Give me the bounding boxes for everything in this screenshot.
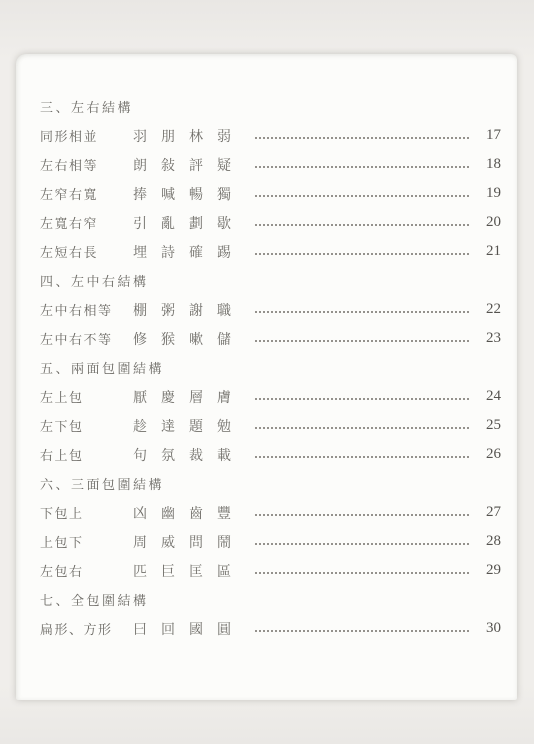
toc-entry: 同形相並 羽朋林弱 17 xyxy=(40,121,501,150)
toc-entry: 左中右不等 修猴嗽儲 23 xyxy=(40,324,501,353)
dot-leader xyxy=(255,311,469,313)
entry-category-label: 扁形、方形 xyxy=(40,619,133,638)
toc-entry: 下包上 凶幽齒豐 27 xyxy=(40,498,501,527)
entry-category-label: 左包右 xyxy=(40,561,133,580)
dot-leader xyxy=(255,427,469,429)
toc-entry: 左下包 趁達題勉 25 xyxy=(40,411,501,440)
toc-section-heading: 五、兩面包圍結構 xyxy=(40,353,501,382)
entry-category-label: 左短右長 xyxy=(40,242,133,261)
entry-example-characters: 厭慶層膚 xyxy=(133,387,253,407)
entry-page-number: 21 xyxy=(469,243,501,260)
entry-page-number: 22 xyxy=(469,301,501,318)
entry-category-label: 左下包 xyxy=(40,416,133,435)
entry-page-number: 28 xyxy=(469,533,501,550)
entry-example-characters: 凶幽齒豐 xyxy=(133,503,253,523)
entry-category-label: 左上包 xyxy=(40,387,133,406)
toc-entry: 左上包 厭慶層膚 24 xyxy=(40,382,501,411)
entry-category-label: 左右相等 xyxy=(40,155,133,174)
toc-entry: 左窄右寬 捧喊暢獨 19 xyxy=(40,179,501,208)
entry-page-number: 23 xyxy=(469,330,501,347)
entry-example-characters: 引亂劃歇 xyxy=(133,213,253,233)
toc-entry: 左包右 匹巨匡區 29 xyxy=(40,556,501,585)
dot-leader xyxy=(255,253,469,255)
entry-page-number: 29 xyxy=(469,562,501,579)
toc-section-heading: 七、全包圍結構 xyxy=(40,585,501,614)
entry-category-label: 左寬右窄 xyxy=(40,213,133,232)
dot-leader xyxy=(255,572,469,574)
toc-entry: 左中右相等 棚粥謝職 22 xyxy=(40,295,501,324)
entry-example-characters: 朗敍評疑 xyxy=(133,155,253,175)
entry-category-label: 左中右不等 xyxy=(40,329,133,348)
dot-leader xyxy=(255,456,469,458)
dot-leader xyxy=(255,543,469,545)
toc-entry: 扁形、方形 曰回國圓 30 xyxy=(40,614,501,643)
entry-page-number: 20 xyxy=(469,214,501,231)
entry-category-label: 同形相並 xyxy=(40,126,133,145)
entry-example-characters: 修猴嗽儲 xyxy=(133,329,253,349)
entry-category-label: 右上包 xyxy=(40,445,133,464)
entry-example-characters: 羽朋林弱 xyxy=(133,126,253,146)
entry-page-number: 27 xyxy=(469,504,501,521)
entry-page-number: 30 xyxy=(469,620,501,637)
entry-category-label: 下包上 xyxy=(40,503,133,522)
entry-page-number: 19 xyxy=(469,185,501,202)
entry-example-characters: 埋詩確踢 xyxy=(133,242,253,262)
entry-category-label: 上包下 xyxy=(40,532,133,551)
toc-section-heading: 六、三面包圍結構 xyxy=(40,469,501,498)
dot-leader xyxy=(255,137,469,139)
section-title: 七、全包圍結構 xyxy=(40,590,149,609)
section-title: 四、左中右結構 xyxy=(40,271,149,290)
entry-category-label: 左中右相等 xyxy=(40,300,133,319)
section-title: 三、左右結構 xyxy=(40,97,133,116)
entry-page-number: 24 xyxy=(469,388,501,405)
dot-leader xyxy=(255,195,469,197)
entry-page-number: 18 xyxy=(469,156,501,173)
toc-section-heading: 四、左中右結構 xyxy=(40,266,501,295)
dot-leader xyxy=(255,398,469,400)
entry-example-characters: 捧喊暢獨 xyxy=(133,184,253,204)
section-title: 五、兩面包圍結構 xyxy=(40,358,164,377)
entry-example-characters: 周威問鬧 xyxy=(133,532,253,552)
toc-entry: 左右相等 朗敍評疑 18 xyxy=(40,150,501,179)
entry-page-number: 25 xyxy=(469,417,501,434)
entry-example-characters: 句氛裁載 xyxy=(133,445,253,465)
entry-page-number: 17 xyxy=(469,127,501,144)
section-title: 六、三面包圍結構 xyxy=(40,474,164,493)
toc-entry: 左寬右窄 引亂劃歇 20 xyxy=(40,208,501,237)
dot-leader xyxy=(255,340,469,342)
table-of-contents: 三、左右結構 同形相並 羽朋林弱 17 左右相等 朗敍評疑 18 左窄右寬 捧喊… xyxy=(40,92,501,643)
dot-leader xyxy=(255,166,469,168)
entry-example-characters: 曰回國圓 xyxy=(133,619,253,639)
toc-entry: 上包下 周威問鬧 28 xyxy=(40,527,501,556)
dot-leader xyxy=(255,630,469,632)
dot-leader xyxy=(255,224,469,226)
dot-leader xyxy=(255,514,469,516)
toc-section-heading: 三、左右結構 xyxy=(40,92,501,121)
entry-example-characters: 趁達題勉 xyxy=(133,416,253,436)
toc-entry: 右上包 句氛裁載 26 xyxy=(40,440,501,469)
book-page: 三、左右結構 同形相並 羽朋林弱 17 左右相等 朗敍評疑 18 左窄右寬 捧喊… xyxy=(16,54,517,700)
entry-page-number: 26 xyxy=(469,446,501,463)
entry-example-characters: 匹巨匡區 xyxy=(133,561,253,581)
toc-entry: 左短右長 埋詩確踢 21 xyxy=(40,237,501,266)
entry-example-characters: 棚粥謝職 xyxy=(133,300,253,320)
entry-category-label: 左窄右寬 xyxy=(40,184,133,203)
